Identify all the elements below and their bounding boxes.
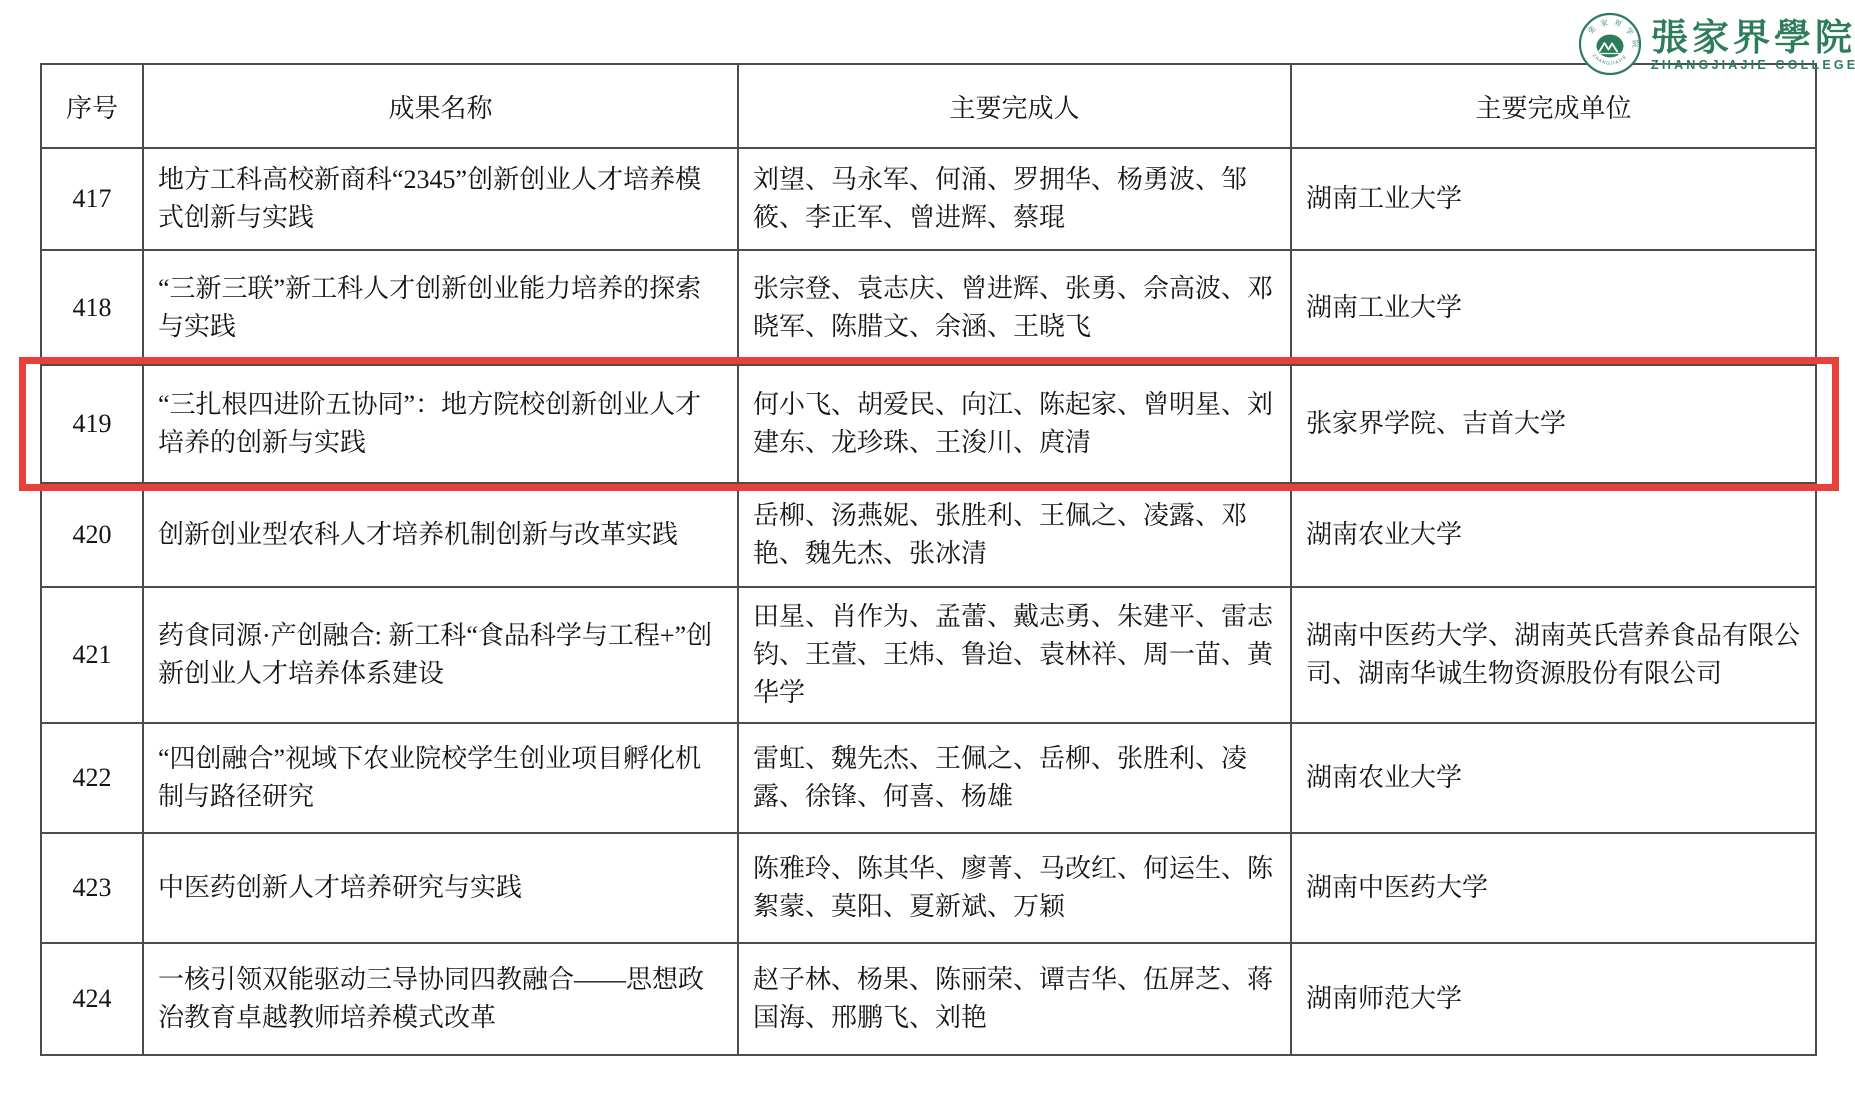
results-table: 序号 成果名称 主要完成人 主要完成单位 417 地方工科高校新商科“2345”… bbox=[40, 63, 1817, 1056]
contributors-cell: 张宗登、袁志庆、曾进辉、张勇、佘高波、邓晓军、陈腊文、余涵、王晓飞 bbox=[738, 250, 1291, 365]
units-cell: 湖南中医药大学 bbox=[1291, 833, 1816, 943]
serial-number-cell: 420 bbox=[41, 483, 143, 587]
units-cell: 湖南师范大学 bbox=[1291, 943, 1816, 1055]
units-cell: 湖南工业大学 bbox=[1291, 250, 1816, 365]
college-logo: 张家界学院 ZHANGJIAJIE 張家界學院 ZHANGJIAJIE COLL… bbox=[1578, 12, 1855, 76]
contributors-cell: 田星、肖作为、孟蕾、戴志勇、朱建平、雷志钧、王萱、王炜、鲁迨、袁林祥、周一苗、黄… bbox=[738, 587, 1291, 723]
contributors-cell: 刘望、马永军、何涌、罗拥华、杨勇波、邹筱、李正军、曾进辉、蔡琨 bbox=[738, 148, 1291, 250]
table-row-highlighted: 419 “三扎根四进阶五协同”：地方院校创新创业人才培养的创新与实践 何小飞、胡… bbox=[41, 365, 1816, 483]
contributors-cell: 雷虹、魏先杰、王佩之、岳柳、张胜利、凌露、徐锋、何喜、杨雄 bbox=[738, 723, 1291, 833]
contributors-cell: 岳柳、汤燕妮、张胜利、王佩之、凌露、邓艳、魏先杰、张冰清 bbox=[738, 483, 1291, 587]
header-achievement-name: 成果名称 bbox=[143, 64, 738, 148]
header-main-contributors: 主要完成人 bbox=[738, 64, 1291, 148]
achievement-name-cell: 药食同源·产创融合: 新工科“食品科学与工程+”创新创业人才培养体系建设 bbox=[143, 587, 738, 723]
serial-number-cell: 421 bbox=[41, 587, 143, 723]
achievement-name-cell: 一核引领双能驱动三导协同四教融合——思想政治教育卓越教师培养模式改革 bbox=[143, 943, 738, 1055]
achievement-name-cell: “三新三联”新工科人才创新创业能力培养的探索与实践 bbox=[143, 250, 738, 365]
college-name-zh: 張家界學院 bbox=[1651, 17, 1855, 57]
college-seal-icon: 张家界学院 ZHANGJIAJIE bbox=[1578, 12, 1642, 76]
table-row: 422 “四创融合”视域下农业院校学生创业项目孵化机制与路径研究 雷虹、魏先杰、… bbox=[41, 723, 1816, 833]
contributors-cell: 陈雅玲、陈其华、廖菁、马改红、何运生、陈絮蒙、莫阳、夏新斌、万颖 bbox=[738, 833, 1291, 943]
serial-number-cell: 423 bbox=[41, 833, 143, 943]
serial-number-cell: 419 bbox=[41, 365, 143, 483]
contributors-cell: 赵子林、杨果、陈丽荣、谭吉华、伍屏芝、蒋国海、邢鹏飞、刘艳 bbox=[738, 943, 1291, 1055]
serial-number-cell: 424 bbox=[41, 943, 143, 1055]
table-row: 424 一核引领双能驱动三导协同四教融合——思想政治教育卓越教师培养模式改革 赵… bbox=[41, 943, 1816, 1055]
serial-number-cell: 422 bbox=[41, 723, 143, 833]
college-name-en: ZHANGJIAJIE COLLEGE bbox=[1651, 58, 1855, 72]
table-row: 421 药食同源·产创融合: 新工科“食品科学与工程+”创新创业人才培养体系建设… bbox=[41, 587, 1816, 723]
serial-number-cell: 418 bbox=[41, 250, 143, 365]
document-page: 张家界学院 ZHANGJIAJIE 張家界學院 ZHANGJIAJIE COLL… bbox=[0, 0, 1855, 1108]
units-cell: 湖南中医药大学、湖南英氏营养食品有限公司、湖南华诚生物资源股份有限公司 bbox=[1291, 587, 1816, 723]
table-row: 420 创新创业型农科人才培养机制创新与改革实践 岳柳、汤燕妮、张胜利、王佩之、… bbox=[41, 483, 1816, 587]
achievement-name-cell: 创新创业型农科人才培养机制创新与改革实践 bbox=[143, 483, 738, 587]
units-cell: 湖南工业大学 bbox=[1291, 148, 1816, 250]
achievement-name-cell: “四创融合”视域下农业院校学生创业项目孵化机制与路径研究 bbox=[143, 723, 738, 833]
achievement-name-cell: 地方工科高校新商科“2345”创新创业人才培养模式创新与实践 bbox=[143, 148, 738, 250]
table-row: 423 中医药创新人才培养研究与实践 陈雅玲、陈其华、廖菁、马改红、何运生、陈絮… bbox=[41, 833, 1816, 943]
table-row: 417 地方工科高校新商科“2345”创新创业人才培养模式创新与实践 刘望、马永… bbox=[41, 148, 1816, 250]
achievement-name-cell: 中医药创新人才培养研究与实践 bbox=[143, 833, 738, 943]
table-row: 418 “三新三联”新工科人才创新创业能力培养的探索与实践 张宗登、袁志庆、曾进… bbox=[41, 250, 1816, 365]
table-header-row: 序号 成果名称 主要完成人 主要完成单位 bbox=[41, 64, 1816, 148]
college-name-block: 張家界學院 ZHANGJIAJIE COLLEGE bbox=[1651, 17, 1855, 72]
serial-number-cell: 417 bbox=[41, 148, 143, 250]
units-cell: 湖南农业大学 bbox=[1291, 723, 1816, 833]
achievement-name-cell: “三扎根四进阶五协同”：地方院校创新创业人才培养的创新与实践 bbox=[143, 365, 738, 483]
header-serial-number: 序号 bbox=[41, 64, 143, 148]
header-main-units: 主要完成单位 bbox=[1291, 64, 1816, 148]
units-cell: 湖南农业大学 bbox=[1291, 483, 1816, 587]
contributors-cell: 何小飞、胡爱民、向江、陈起家、曾明星、刘建东、龙珍珠、王浚川、庹清 bbox=[738, 365, 1291, 483]
units-cell: 张家界学院、吉首大学 bbox=[1291, 365, 1816, 483]
